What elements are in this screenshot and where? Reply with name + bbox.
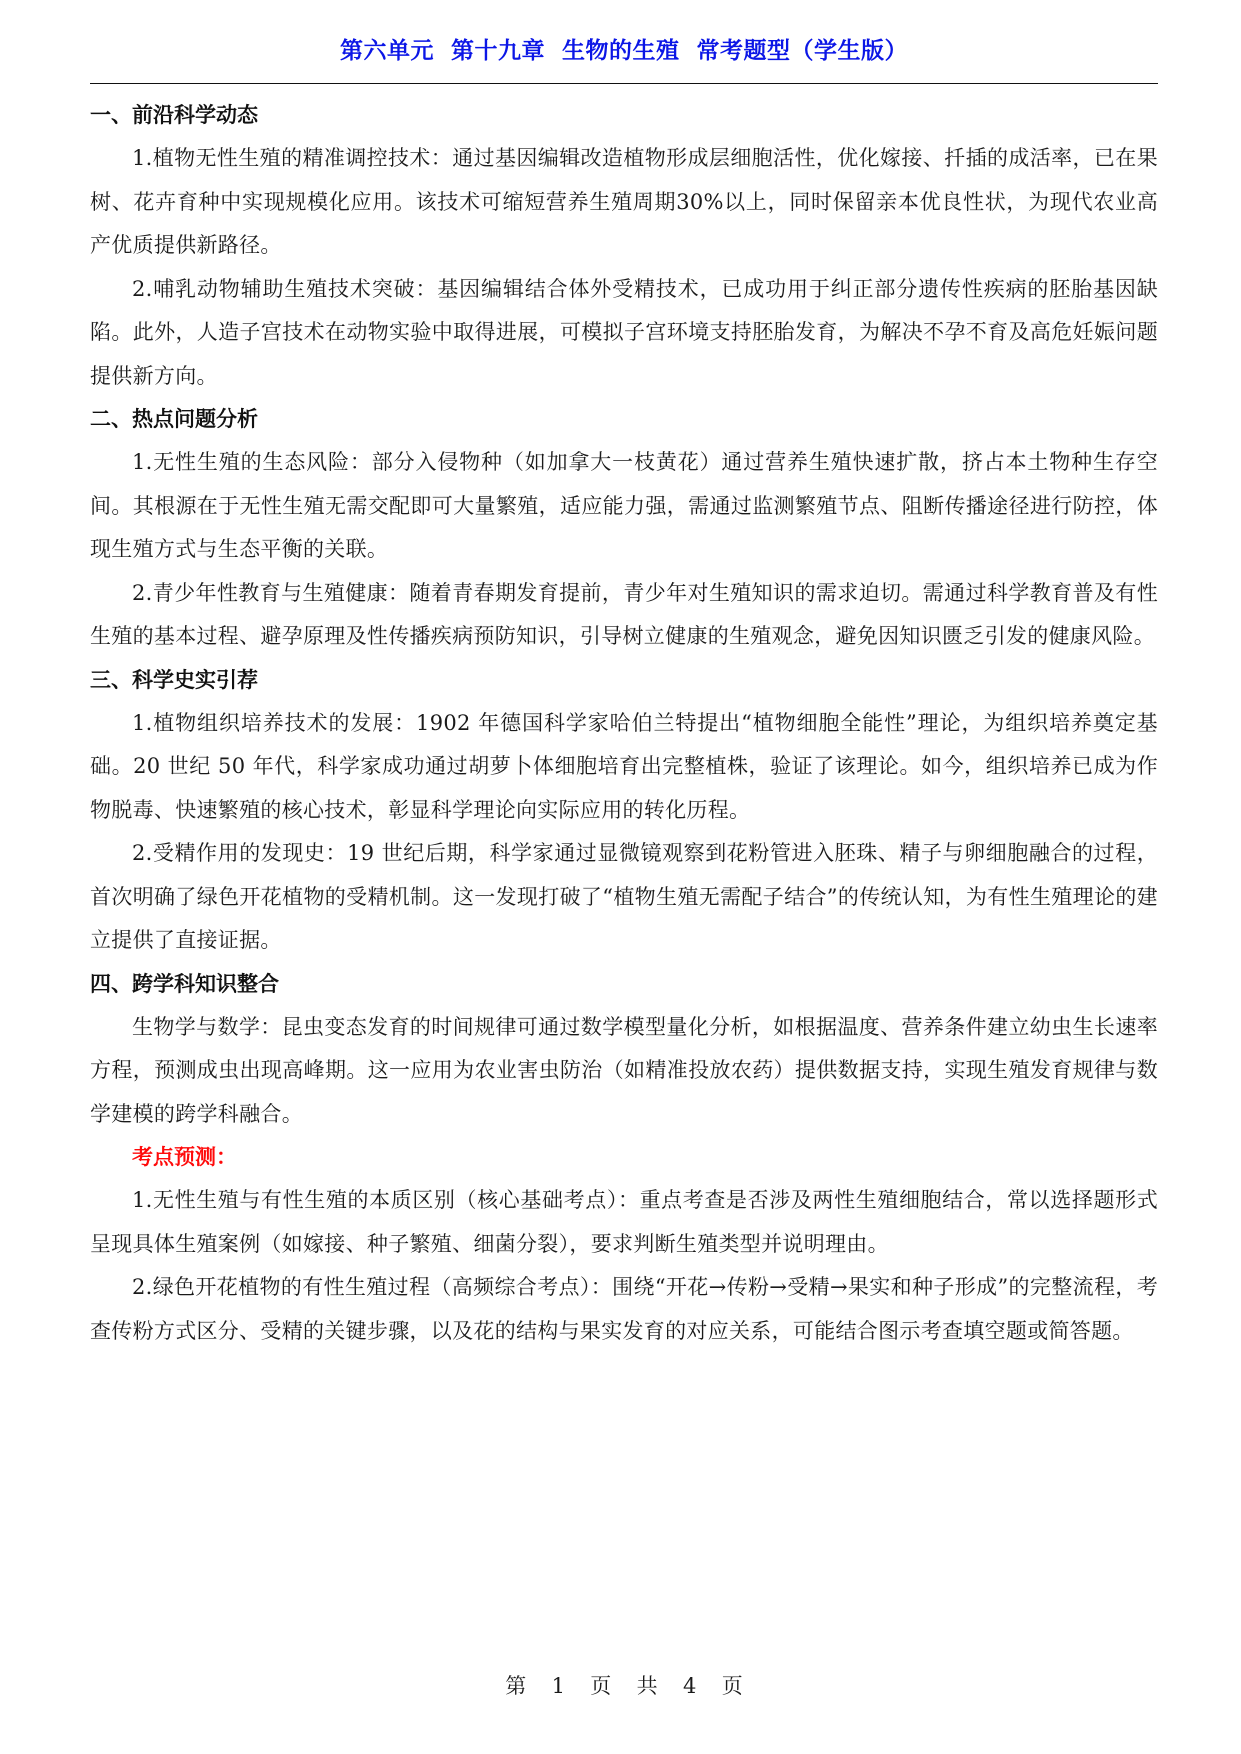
paragraph: 1.植物组织培养技术的发展：1902 年德国科学家哈伯兰特提出“植物细胞全能性”…	[90, 702, 1158, 833]
document-body: 一、前沿科学动态 1.植物无性生殖的精准调控技术：通过基因编辑改造植物形成层细胞…	[90, 94, 1158, 1353]
section-science-history: 三、科学史实引荐 1.植物组织培养技术的发展：1902 年德国科学家哈伯兰特提出…	[90, 659, 1158, 963]
paragraph: 1.植物无性生殖的精准调控技术：通过基因编辑改造植物形成层细胞活性，优化嫁接、扦…	[90, 137, 1158, 268]
section-heading: 一、前沿科学动态	[90, 94, 1158, 137]
paragraph: 1.无性生殖的生态风险：部分入侵物种（如加拿大一枝黄花）通过营养生殖快速扩散，挤…	[90, 441, 1158, 572]
section-heading: 三、科学史实引荐	[90, 659, 1158, 702]
section-interdisciplinary: 四、跨学科知识整合 生物学与数学：昆虫变态发育的时间规律可通过数学模型量化分析，…	[90, 963, 1158, 1137]
page-number-footer: 第 1 页 共 4 页	[90, 1670, 1158, 1700]
paragraph: 2.受精作用的发现史：19 世纪后期，科学家通过显微镜观察到花粉管进入胚珠、精子…	[90, 832, 1158, 963]
header-divider	[90, 83, 1158, 84]
page-header-title: 第六单元 第十九章 生物的生殖 常考题型（学生版）	[90, 32, 1158, 65]
section-hot-issues: 二、热点问题分析 1.无性生殖的生态风险：部分入侵物种（如加拿大一枝黄花）通过营…	[90, 398, 1158, 659]
section-heading: 四、跨学科知识整合	[90, 963, 1158, 1006]
section-exam-prediction: 考点预测： 1.无性生殖与有性生殖的本质区别（核心基础考点）：重点考查是否涉及两…	[90, 1136, 1158, 1353]
paragraph: 2.青少年性教育与生殖健康：随着青春期发育提前，青少年对生殖知识的需求迫切。需通…	[90, 572, 1158, 659]
section-frontier-science: 一、前沿科学动态 1.植物无性生殖的精准调控技术：通过基因编辑改造植物形成层细胞…	[90, 94, 1158, 398]
paragraph: 生物学与数学：昆虫变态发育的时间规律可通过数学模型量化分析，如根据温度、营养条件…	[90, 1006, 1158, 1137]
exam-prediction-label: 考点预测：	[90, 1136, 1158, 1179]
section-heading: 二、热点问题分析	[90, 398, 1158, 441]
paragraph: 1.无性生殖与有性生殖的本质区别（核心基础考点）：重点考查是否涉及两性生殖细胞结…	[90, 1179, 1158, 1266]
paragraph: 2.绿色开花植物的有性生殖过程（高频综合考点）：围绕“开花→传粉→受精→果实和种…	[90, 1266, 1158, 1353]
paragraph: 2.哺乳动物辅助生殖技术突破：基因编辑结合体外受精技术，已成功用于纠正部分遗传性…	[90, 268, 1158, 399]
document-page: 第六单元 第十九章 生物的生殖 常考题型（学生版） 一、前沿科学动态 1.植物无…	[90, 0, 1158, 1754]
